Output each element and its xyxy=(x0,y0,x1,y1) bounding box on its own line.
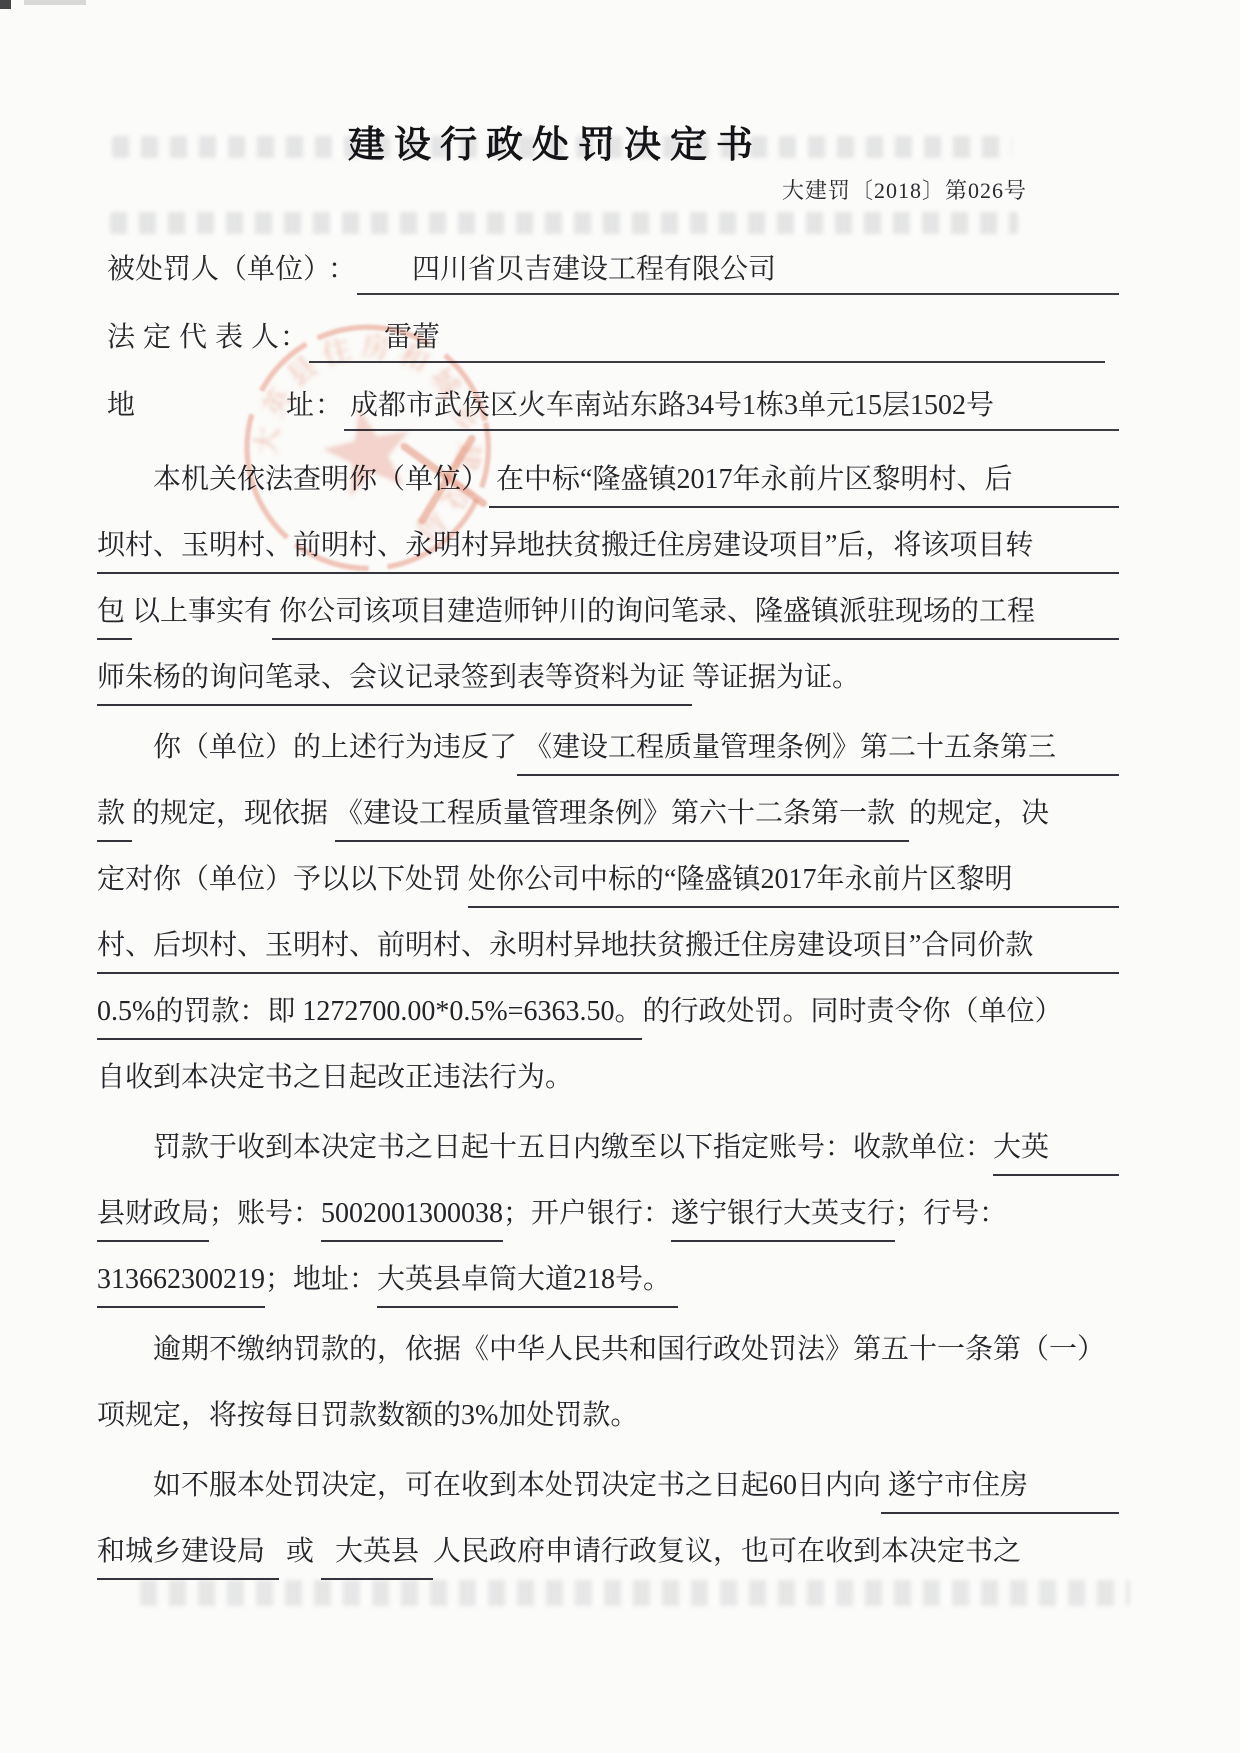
text-segment: ；行号： xyxy=(895,1194,1007,1234)
filled-blank-line: 雷蕾 xyxy=(309,315,1105,363)
filled-blank-line: 四川省贝吉建设工程有限公司 xyxy=(357,247,1119,295)
body-line: 师朱杨的询问笔录、会议记录签到表等资料为证 等证据为证。 xyxy=(97,646,1119,712)
text-segment: 等证据为证。 xyxy=(692,658,860,698)
text-segment: 自收到本决定书之日起改正违法行为。 xyxy=(97,1058,573,1098)
filled-blank-text: 你公司该项目建造师钟川的询问笔录、隆盛镇派驻现场的工程 xyxy=(272,592,1119,640)
field-row-address: 地址 ： 成都市武侯区火车南站东路34号1栋3单元15层1502号 xyxy=(107,383,1119,431)
bleed-through-artifact xyxy=(110,212,1018,234)
filled-blank-text: 和城乡建设局 xyxy=(97,1532,279,1580)
scan-edge-artifact xyxy=(0,0,11,9)
filled-blank-line: 成都市武侯区火车南站东路34号1栋3单元15层1502号 xyxy=(344,383,1119,431)
body-line: 村、后坝村、玉明村、前明村、永明村异地扶贫搬迁住房建设项目”合同价款 xyxy=(97,914,1119,980)
text-segment: 以上事实有 xyxy=(132,592,272,632)
field-row-legal-representative: 法定代表人 ： 雷蕾 xyxy=(107,315,1119,363)
filled-blank-text: 在中标“隆盛镇2017年永前片区黎明村、后 xyxy=(489,460,1119,508)
body-line: 包 以上事实有 你公司该项目建造师钟川的询问笔录、隆盛镇派驻现场的工程 xyxy=(97,580,1119,646)
text-segment: 如不服本处罚决定，可在收到本处罚决定书之日起60日内向 xyxy=(97,1466,881,1506)
body-line: 逾期不缴纳罚款的，依据《中华人民共和国行政处罚法》第五十一条第（一） xyxy=(97,1318,1119,1384)
filled-blank-text: 县财政局 xyxy=(97,1194,209,1242)
text-segment: 本机关依法查明你（单位） xyxy=(97,460,489,500)
body-line: 项规定，将按每日罚款数额的3%加处罚款。 xyxy=(97,1384,1119,1450)
paragraph: 逾期不缴纳罚款的，依据《中华人民共和国行政处罚法》第五十一条第（一）项规定，将按… xyxy=(97,1318,1119,1450)
filled-blank-text: 遂宁银行大英支行 xyxy=(671,1194,895,1242)
text-segment: 人民政府申请行政复议，也可在收到本决定书之 xyxy=(433,1532,1021,1572)
paragraph: 本机关依法查明你（单位） 在中标“隆盛镇2017年永前片区黎明村、后坝村、玉明村… xyxy=(97,448,1119,712)
field-row-penalized-party: 被处罚人（单位） ： 四川省贝吉建设工程有限公司 xyxy=(107,247,1119,295)
field-colon: ： xyxy=(327,247,357,295)
text-segment: ；开户银行： xyxy=(503,1194,671,1234)
filled-blank-text: 5002001300038 xyxy=(321,1194,503,1242)
body-line: 你（单位）的上述行为违反了 《建设工程质量管理条例》第二十五条第三 xyxy=(97,716,1119,782)
body-line: 定对你（单位）予以以下处罚 处你公司中标的“隆盛镇2017年永前片区黎明 xyxy=(97,848,1119,914)
paragraph: 如不服本处罚决定，可在收到本处罚决定书之日起60日内向 遂宁市住房和城乡建设局 … xyxy=(97,1454,1119,1586)
body-line: 罚款于收到本决定书之日起十五日内缴至以下指定账号：收款单位：大英 xyxy=(97,1116,1119,1182)
body-line: 本机关依法查明你（单位） 在中标“隆盛镇2017年永前片区黎明村、后 xyxy=(97,448,1119,514)
filled-blank-text: 313662300219 xyxy=(97,1260,265,1308)
field-value: 成都市武侯区火车南站东路34号1栋3单元15层1502号 xyxy=(350,390,994,421)
filled-blank-text: 款 xyxy=(97,794,132,842)
field-label: 法定代表人 xyxy=(107,315,279,363)
filled-blank-text: 《建设工程质量管理条例》第六十二条第一款 xyxy=(335,794,909,842)
scanned-document-page: 建设行政处罚决定书 大建罚〔2018〕第026号 被处罚人（单位） ： 四川省贝… xyxy=(0,0,1240,1753)
document-body: 本机关依法查明你（单位） 在中标“隆盛镇2017年永前片区黎明村、后坝村、玉明村… xyxy=(97,448,1119,1586)
text-segment: 逾期不缴纳罚款的，依据《中华人民共和国行政处罚法》第五十一条第（一） xyxy=(97,1330,1105,1370)
filled-blank-text: 包 xyxy=(97,592,132,640)
field-value: 四川省贝吉建设工程有限公司 xyxy=(412,254,776,285)
filled-blank-text: 大英 xyxy=(993,1128,1119,1176)
text-segment: ；账号： xyxy=(209,1194,321,1234)
field-value: 雷蕾 xyxy=(384,322,440,353)
body-line: 县财政局；账号：5002001300038；开户银行：遂宁银行大英支行；行号： xyxy=(97,1182,1119,1248)
scan-edge-artifact xyxy=(24,0,86,5)
document-number: 大建罚〔2018〕第026号 xyxy=(782,174,1027,205)
field-colon: ： xyxy=(314,383,344,431)
text-segment: 或 xyxy=(279,1532,321,1572)
body-line: 款 的规定，现依据 《建设工程质量管理条例》第六十二条第一款 的规定，决 xyxy=(97,782,1119,848)
text-segment: 的规定，决 xyxy=(909,794,1049,834)
paragraph: 你（单位）的上述行为违反了 《建设工程质量管理条例》第二十五条第三款 的规定，现… xyxy=(97,716,1119,1112)
body-line: 坝村、玉明村、前明村、永明村异地扶贫搬迁住房建设项目”后，将该项目转 xyxy=(97,514,1119,580)
body-line: 0.5%的罚款：即 1272700.00*0.5%=6363.50。的行政处罚。… xyxy=(97,980,1119,1046)
document-title: 建设行政处罚决定书 xyxy=(97,114,1013,168)
body-line: 和城乡建设局 或 大英县 人民政府申请行政复议，也可在收到本决定书之 xyxy=(97,1520,1119,1586)
filled-blank-text: 《建设工程质量管理条例》第二十五条第三 xyxy=(517,728,1119,776)
filled-blank-text: 0.5%的罚款：即 1272700.00*0.5%=6363.50。 xyxy=(97,992,642,1040)
body-line: 自收到本决定书之日起改正违法行为。 xyxy=(97,1046,1119,1112)
paragraph: 罚款于收到本决定书之日起十五日内缴至以下指定账号：收款单位：大英县财政局；账号：… xyxy=(97,1116,1119,1314)
text-segment: 的规定，现依据 xyxy=(132,794,335,834)
filled-blank-text: 处你公司中标的“隆盛镇2017年永前片区黎明 xyxy=(468,860,1119,908)
field-label: 被处罚人（单位） xyxy=(107,247,327,295)
filled-blank-text: 坝村、玉明村、前明村、永明村异地扶贫搬迁住房建设项目”后，将该项目转 xyxy=(97,526,1119,574)
text-segment: 定对你（单位）予以以下处罚 xyxy=(97,860,468,900)
text-segment: ；地址： xyxy=(265,1260,377,1300)
text-segment: 罚款于收到本决定书之日起十五日内缴至以下指定账号：收款单位： xyxy=(97,1128,993,1168)
body-line: 如不服本处罚决定，可在收到本处罚决定书之日起60日内向 遂宁市住房 xyxy=(97,1454,1119,1520)
text-segment: 的行政处罚。同时责令你（单位） xyxy=(642,992,1062,1032)
filled-blank-text: 村、后坝村、玉明村、前明村、永明村异地扶贫搬迁住房建设项目”合同价款 xyxy=(97,926,1119,974)
text-segment: 项规定，将按每日罚款数额的3%加处罚款。 xyxy=(97,1396,638,1436)
field-label: 地址 xyxy=(107,383,314,431)
filled-blank-text: 遂宁市住房 xyxy=(881,1466,1119,1514)
field-colon: ： xyxy=(279,315,309,363)
filled-blank-text: 大英县 xyxy=(321,1532,433,1580)
text-segment: 你（单位）的上述行为违反了 xyxy=(97,728,517,768)
filled-blank-text: 师朱杨的询问笔录、会议记录签到表等资料为证 xyxy=(97,658,692,706)
filled-blank-text: 大英县卓筒大道218号。 xyxy=(377,1260,678,1308)
body-line: 313662300219；地址：大英县卓筒大道218号。 xyxy=(97,1248,1119,1314)
